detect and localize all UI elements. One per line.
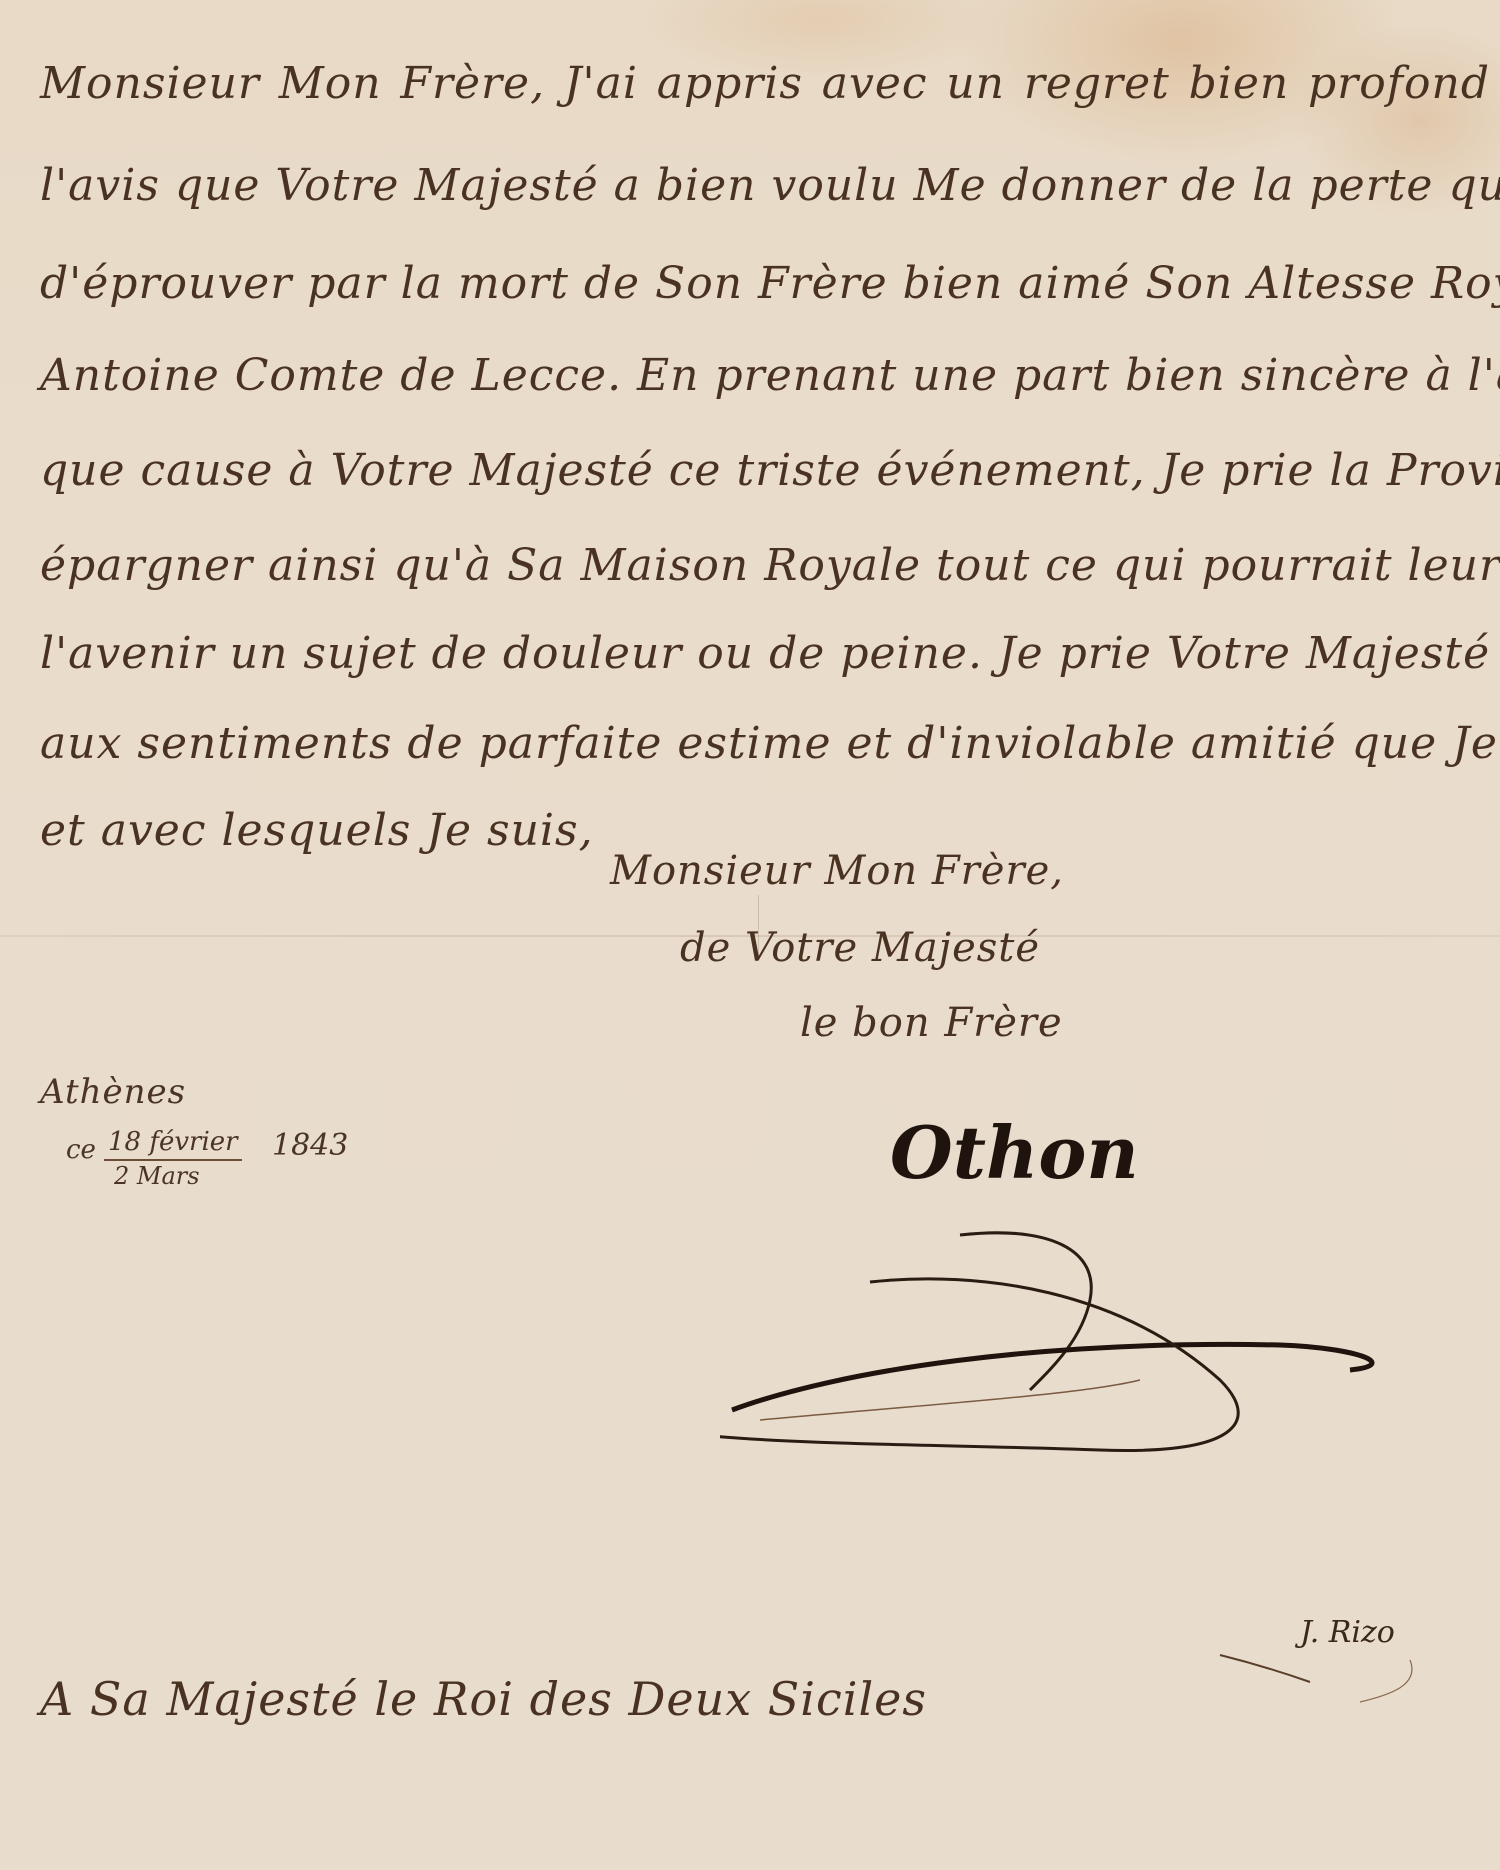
body-line-8: aux sentiments de parfaite estime et d'i… [40, 718, 1490, 769]
closing-bon-frere: le bon Frère [800, 1000, 1063, 1046]
date-prefix: ce [66, 1135, 96, 1165]
countersign-flourish-icon [1210, 1640, 1470, 1710]
closing-majesty: de Votre Majesté [680, 925, 1040, 971]
body-line-3: d'éprouver par la mort de Son Frère bien… [40, 258, 1490, 309]
body-line-4: Antoine Comte de Lecce. En prenant une p… [40, 350, 1490, 401]
body-line-5: que cause à Votre Majesté ce triste évén… [40, 445, 1490, 496]
recipient-address: A Sa Majesté le Roi des Deux Siciles [40, 1672, 927, 1726]
date-old-style: 18 février [104, 1127, 242, 1161]
signature-flourish-icon [720, 1230, 1440, 1470]
body-line-2: l'avis que Votre Majesté a bien voulu Me… [40, 160, 1490, 211]
closing-salutation: Monsieur Mon Frère, [610, 848, 1064, 894]
date-new-style: 2 Mars [104, 1160, 204, 1190]
place-athens: Athènes [40, 1072, 186, 1112]
body-line-6: épargner ainsi qu'à Sa Maison Royale tou… [40, 540, 1490, 591]
body-line-9: et avec lesquels Je suis, [40, 805, 594, 856]
body-line-1: Monsieur Mon Frère, J'ai appris avec un … [40, 58, 1490, 109]
body-line-7: l'avenir un sujet de douleur ou de peine… [40, 628, 1490, 679]
date-year: 1843 [272, 1128, 348, 1163]
signature-othon: Othon [890, 1110, 1139, 1195]
letter-page: Monsieur Mon Frère, J'ai appris avec un … [0, 0, 1500, 1870]
